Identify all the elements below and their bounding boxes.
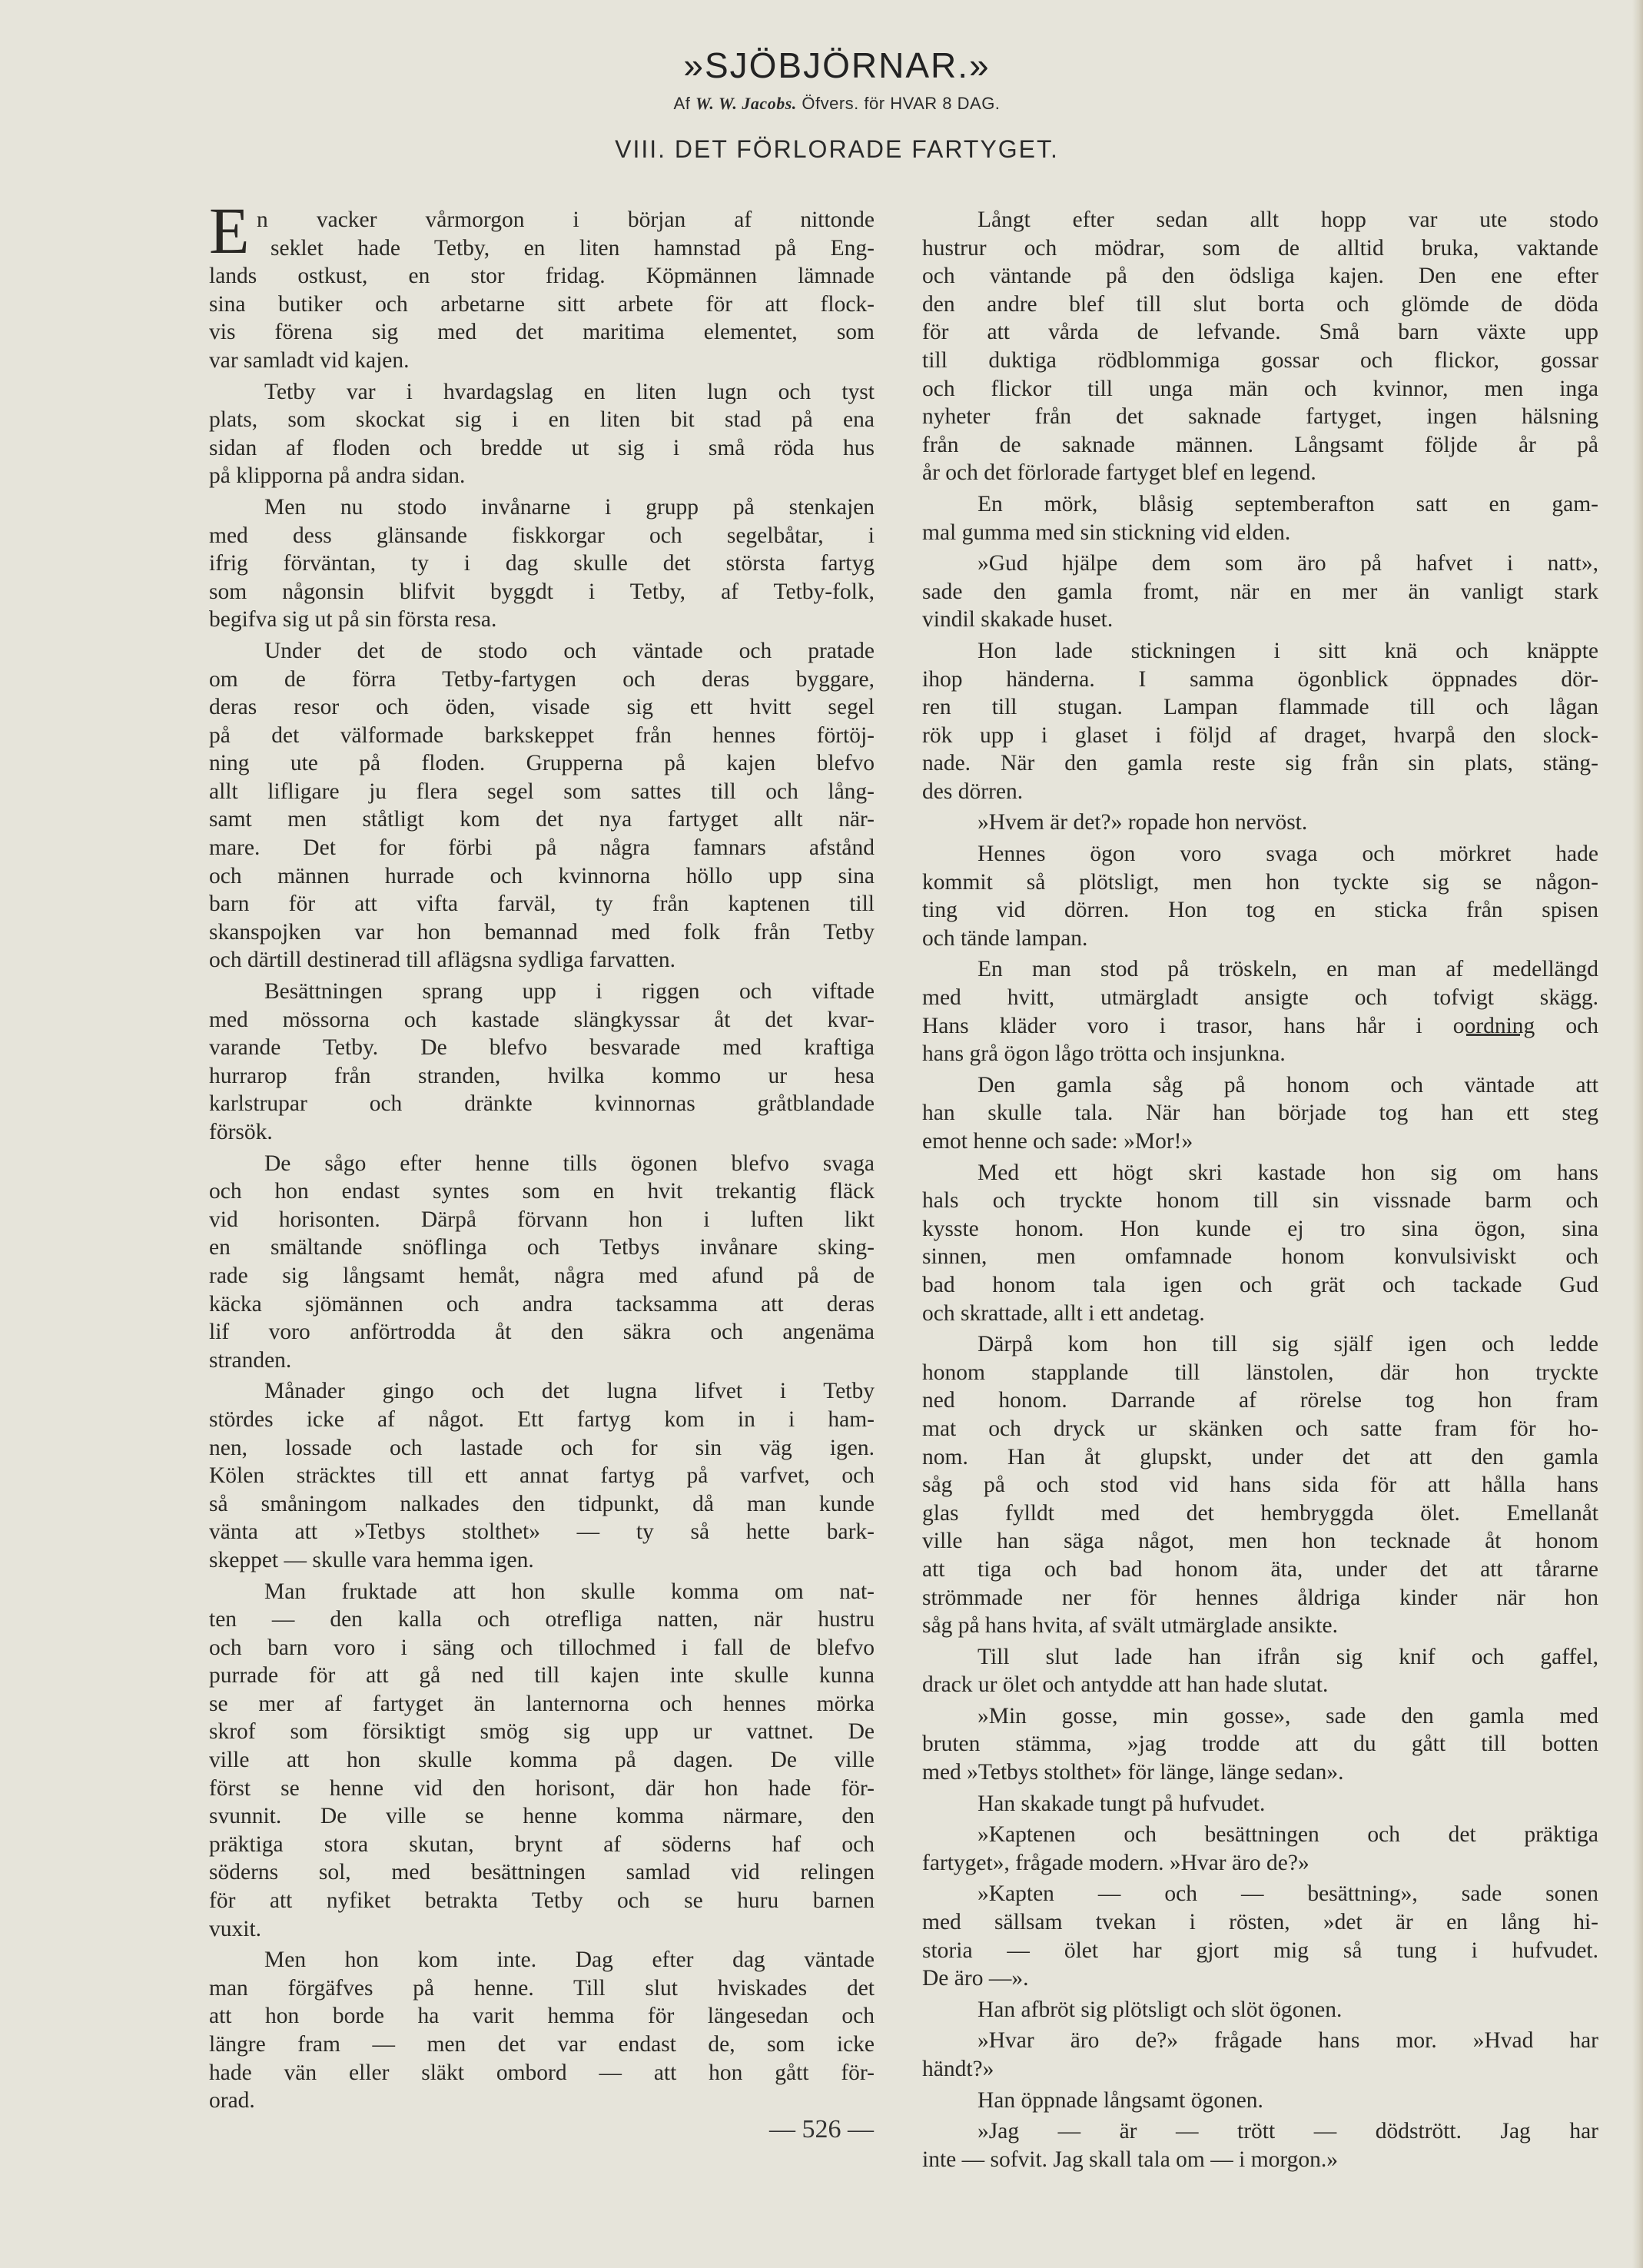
text-line: »Gud hjälpe dem som äro på hafvet i natt… — [922, 550, 1598, 578]
text-line: inte — sofvit. Jag skall tala om — i mor… — [922, 2146, 1598, 2174]
left-column: En vacker vårmorgon i början af nittonde… — [209, 206, 875, 2115]
text-line: glas fylldt med det hembryggda ölet. Eme… — [922, 1499, 1598, 1528]
text-line: »Hvar äro de?» frågade hans mor. »Hvad h… — [922, 2027, 1598, 2055]
text-line: först se henne vid den horisont, där hon… — [209, 1775, 875, 1803]
paragraph: Under det de stodo och väntade och prata… — [209, 637, 875, 975]
text-line: sina butiker och arbetarne sitt arbete f… — [209, 291, 875, 319]
byline: Af W. W. Jacobs. Öfvers. för HVAR 8 DAG. — [0, 94, 1643, 114]
text-line: med »Tetbys stolthet» för länge, länge s… — [922, 1758, 1598, 1787]
text-line: hurrarop från stranden, hvilka kommo ur … — [209, 1062, 875, 1091]
text-line: »Kaptenen och besättningen och det präkt… — [922, 1821, 1598, 1849]
text-line: mare. Det for förbi på några famnars afs… — [209, 834, 875, 862]
text-line: De sågo efter henne tills ögonen blefvo … — [209, 1150, 875, 1178]
text-line: längre fram — men det var endast de, som… — [209, 2031, 875, 2059]
text-line: ifrig förväntan, ty i dag skulle det stö… — [209, 550, 875, 578]
text-line: »Hvem är det?» ropade hon nervöst. — [922, 809, 1598, 837]
text-line: deras resor och öden, visade sig ett hvi… — [209, 693, 875, 722]
text-line: vis förena sig med det maritima elemente… — [209, 318, 875, 347]
text-line: på det välformade barkskeppet från henne… — [209, 722, 875, 750]
text-line: ning ute på floden. Grupperna på kajen b… — [209, 749, 875, 778]
text-line: han skulle tala. När han började tog han… — [922, 1099, 1598, 1127]
text-line: varande Tetby. De blefvo besvarade med k… — [209, 1034, 875, 1062]
paragraph: Den gamla såg på honom och väntade attha… — [922, 1071, 1598, 1156]
text-line: att hon borde ha varit hemma för längese… — [209, 2002, 875, 2031]
right-column: Långt efter sedan allt hopp var ute stod… — [922, 206, 1598, 2173]
text-line: begifva sig ut på sin första resa. — [209, 606, 875, 634]
text-line: om de förra Tetby-fartygen och deras byg… — [209, 666, 875, 694]
page-number: — 526 — — [0, 2115, 1643, 2144]
text-line: mat och dryck ur skänken och satte fram … — [922, 1415, 1598, 1443]
text-line: mal gumma med sin stickning vid elden. — [922, 519, 1598, 547]
text-line: och tände lampan. — [922, 925, 1598, 953]
text-line: för att vårda de lefvande. Små barn växt… — [922, 318, 1598, 347]
text-line: strömmade ner för hennes åldriga kinder … — [922, 1584, 1598, 1612]
paragraph: En mörk, blåsig septemberafton satt en g… — [922, 490, 1598, 546]
paragraph: Hon lade stickningen i sitt knä och knäp… — [922, 637, 1598, 806]
text-line: till duktiga rödblommiga gossar och flic… — [922, 347, 1598, 375]
paragraph: Han öppnade långsamt ögonen. — [922, 2087, 1598, 2115]
print-mark — [1466, 1034, 1520, 1036]
text-line: skanspojken var hon bemannad med folk fr… — [209, 918, 875, 947]
paragraph: De sågo efter henne tills ögonen blefvo … — [209, 1150, 875, 1375]
text-line: att tiga och bad honom äta, under det at… — [922, 1556, 1598, 1584]
text-line: käcka sjömännen och andra tacksamma att … — [209, 1290, 875, 1319]
paragraph: Långt efter sedan allt hopp var ute stod… — [922, 206, 1598, 487]
text-line: orad. — [209, 2087, 875, 2115]
text-line: skrof som försiktigt smög sig upp ur vat… — [209, 1718, 875, 1746]
text-line: rök upp i glaset i följd af draget, hvar… — [922, 722, 1598, 750]
text-line: med mössorna och kastade slängkyssar åt … — [209, 1006, 875, 1034]
text-line: skeppet — skulle vara hemma igen. — [209, 1546, 875, 1575]
text-line: bruten stämma, »jag trodde att du gått t… — [922, 1730, 1598, 1758]
text-line: kysste honom. Hon kunde ej tro sina ögon… — [922, 1215, 1598, 1244]
text-line: Hennes ögon voro svaga och mörkret hade — [922, 840, 1598, 868]
text-line: storia — ölet har gjort mig så tung i hu… — [922, 1937, 1598, 1965]
text-line: »Kapten — och — besättning», sade sonen — [922, 1880, 1598, 1908]
text-line: präktiga stora skutan, brynt af söderns … — [209, 1831, 875, 1859]
text-line: man förgäfves på henne. Till slut hviska… — [209, 1974, 875, 2003]
paragraph: »Kaptenen och besättningen och det präkt… — [922, 1821, 1598, 1877]
paragraph: Med ett högt skri kastade hon sig om han… — [922, 1159, 1598, 1328]
text-line: ten — den kalla och otrefliga natten, nä… — [209, 1606, 875, 1634]
text-line: lands ostkust, en stor fridag. Köpmännen… — [209, 262, 875, 291]
text-line: sinnen, men omfamnade honom konvulsivisk… — [922, 1243, 1598, 1271]
text-line: seklet hade Tetby, en liten hamnstad på … — [209, 234, 875, 263]
paragraph: Men nu stodo invånarne i grupp på stenka… — [209, 493, 875, 634]
text-line: vid horisonten. Därpå förvann hon i luft… — [209, 1206, 875, 1234]
byline-prefix: Af — [674, 94, 691, 113]
text-line: lif voro anförtrodda åt den säkra och an… — [209, 1318, 875, 1347]
text-line: en smältande snöflinga och Tetbys invåna… — [209, 1234, 875, 1262]
paragraph: »Kapten — och — besättning», sade sonenm… — [922, 1880, 1598, 1992]
text-line: som någonsin blifvit byggdt i Tetby, af … — [209, 578, 875, 606]
text-line: Han afbröt sig plötsligt och slöt ögonen… — [922, 1996, 1598, 2024]
text-line: En mörk, blåsig septemberafton satt en g… — [922, 490, 1598, 519]
text-line: och skrattade, allt i ett andetag. — [922, 1300, 1598, 1328]
text-line: från de saknade männen. Långsamt följde … — [922, 431, 1598, 460]
byline-suffix: Öfvers. för HVAR 8 DAG. — [802, 94, 1000, 113]
text-line: Kölen sträcktes till ett annat fartyg på… — [209, 1462, 875, 1490]
text-line: bad honom tala igen och grät och tackade… — [922, 1271, 1598, 1300]
text-line: Han skakade tungt på hufvudet. — [922, 1790, 1598, 1818]
text-line: rade sig långsamt hemåt, några med afund… — [209, 1262, 875, 1290]
text-line: ned honom. Darrande af rörelse tog hon f… — [922, 1386, 1598, 1415]
text-line: år och det förlorade fartyget blef en le… — [922, 459, 1598, 487]
text-line: såg på och stod vid hans sida för att hå… — [922, 1471, 1598, 1499]
paragraph: En vacker vårmorgon i början af nittonde… — [209, 206, 875, 375]
text-line: försök. — [209, 1118, 875, 1147]
text-line: ville att hon skulle komma på dagen. De … — [209, 1746, 875, 1775]
text-line: såg på hans hvita, af svält utmärglade a… — [922, 1612, 1598, 1640]
text-line: ihop händerna. I samma ögonblick öppnade… — [922, 666, 1598, 694]
text-line: Han öppnade långsamt ögonen. — [922, 2087, 1598, 2115]
byline-author: W. W. Jacobs. — [695, 94, 797, 113]
text-line: Man fruktade att hon skulle komma om nat… — [209, 1578, 875, 1606]
text-line: och väntande på den ödsliga kajen. Den e… — [922, 262, 1598, 291]
text-line: Till slut lade han ifrån sig knif och ga… — [922, 1643, 1598, 1672]
text-line: med hvitt, utmärgladt ansigte och tofvig… — [922, 984, 1598, 1012]
text-line: nen, lossade och lastade och for sin väg… — [209, 1434, 875, 1463]
text-line: vänta att »Tetbys stolthet» — ty så hett… — [209, 1518, 875, 1546]
text-line: Hon lade stickningen i sitt knä och knäp… — [922, 637, 1598, 666]
text-line: Månader gingo och det lugna lifvet i Tet… — [209, 1377, 875, 1406]
text-line: och flickor till unga män och kvinnor, m… — [922, 375, 1598, 403]
text-line: »Min gosse, min gosse», sade den gamla m… — [922, 1702, 1598, 1731]
text-line: vindil skakade huset. — [922, 606, 1598, 634]
text-line: stördes icke af något. Ett fartyg kom in… — [209, 1406, 875, 1434]
text-line: sidan af floden och bredde ut sig i små … — [209, 434, 875, 463]
paragraph: Därpå kom hon till sig själf igen och le… — [922, 1330, 1598, 1640]
text-line: honom stapplande till länstolen, där hon… — [922, 1359, 1598, 1387]
text-line: hans grå ögon lågo trötta och insjunkna. — [922, 1040, 1598, 1068]
text-line: svunnit. De ville se henne komma närmare… — [209, 1802, 875, 1831]
paragraph: »Gud hjälpe dem som äro på hafvet i natt… — [922, 550, 1598, 634]
text-line: Under det de stodo och väntade och prata… — [209, 637, 875, 666]
text-line: och barn voro i säng och tillochmed i fa… — [209, 1634, 875, 1662]
text-line: drack ur ölet och antydde att han hade s… — [922, 1671, 1598, 1699]
text-line: söderns sol, med besättningen samlad vid… — [209, 1858, 875, 1887]
page-edge — [1632, 0, 1643, 2268]
paragraph: »Min gosse, min gosse», sade den gamla m… — [922, 1702, 1598, 1787]
page-title: »SJÖBJÖRNAR.» — [0, 45, 1643, 86]
text-line: barn för att vifta farväl, ty från kapte… — [209, 890, 875, 918]
text-line: händt?» — [922, 2055, 1598, 2084]
text-line: n vacker vårmorgon i början af nittonde — [209, 206, 875, 234]
text-line: kommit så plötsligt, men hon tyckte sig … — [922, 868, 1598, 897]
text-line: med dess glänsande fiskkorgar och segelb… — [209, 522, 875, 550]
paragraph: En man stod på tröskeln, en man af medel… — [922, 955, 1598, 1068]
paragraph: Men hon kom inte. Dag efter dag väntadem… — [209, 1946, 875, 2115]
text-line: Den gamla såg på honom och väntade att — [922, 1071, 1598, 1100]
text-line: fartyget», frågade modern. »Hvar äro de?… — [922, 1849, 1598, 1878]
text-line: och männen hurrade och kvinnorna höllo u… — [209, 862, 875, 891]
paragraph: Hennes ögon voro svaga och mörkret hadek… — [922, 840, 1598, 952]
text-line: En man stod på tröskeln, en man af medel… — [922, 955, 1598, 984]
text-line: hade vän eller släkt ombord — att hon gå… — [209, 2059, 875, 2087]
text-line: för att nyfiket betrakta Tetby och se hu… — [209, 1887, 875, 1915]
text-line: Därpå kom hon till sig själf igen och le… — [922, 1330, 1598, 1359]
text-line: sade den gamla fromt, när en mer än vanl… — [922, 578, 1598, 606]
text-line: Med ett högt skri kastade hon sig om han… — [922, 1159, 1598, 1187]
text-line: Men nu stodo invånarne i grupp på stenka… — [209, 493, 875, 522]
text-line: den andre blef till slut borta och glömd… — [922, 291, 1598, 319]
chapter-heading: VIII. DET FÖRLORADE FARTYGET. — [0, 135, 1643, 164]
text-line: samt men ståtligt kom det nya fartyget a… — [209, 805, 875, 834]
text-line: var samladt vid kajen. — [209, 347, 875, 375]
text-line: och därtill destinerad till aflägsna syd… — [209, 946, 875, 975]
text-line: karlstrupar och dränkte kvinnornas gråtb… — [209, 1090, 875, 1118]
text-line: så småningom nalkades den tidpunkt, då m… — [209, 1490, 875, 1519]
text-line: nyheter från det saknade fartyget, ingen… — [922, 403, 1598, 431]
text-line: ville han säga något, men hon tecknade å… — [922, 1527, 1598, 1556]
text-line: emot henne och sade: »Mor!» — [922, 1127, 1598, 1156]
text-line: plats, som skockat sig i en liten bit st… — [209, 406, 875, 434]
text-line: Långt efter sedan allt hopp var ute stod… — [922, 206, 1598, 234]
text-line: nade. När den gamla reste sig från sin p… — [922, 749, 1598, 778]
paragraph: »Hvem är det?» ropade hon nervöst. — [922, 809, 1598, 837]
text-line: des dörren. — [922, 778, 1598, 806]
paragraph: Han afbröt sig plötsligt och slöt ögonen… — [922, 1996, 1598, 2024]
text-line: och hon endast syntes som en hvit trekan… — [209, 1177, 875, 1206]
paragraph: Han skakade tungt på hufvudet. — [922, 1790, 1598, 1818]
paragraph: Till slut lade han ifrån sig knif och ga… — [922, 1643, 1598, 1699]
text-line: purrade för att gå ned till kajen inte s… — [209, 1662, 875, 1690]
text-line: ting vid dörren. Hon tog en sticka från … — [922, 896, 1598, 925]
text-line: stranden. — [209, 1347, 875, 1375]
text-line: Besättningen sprang upp i riggen och vif… — [209, 978, 875, 1006]
text-line: allt lifligare ju flera segel som sattes… — [209, 778, 875, 806]
text-line: med sällsam tvekan i rösten, »det är en … — [922, 1908, 1598, 1937]
text-line: Tetby var i hvardagslag en liten lugn oc… — [209, 378, 875, 407]
text-line: vuxit. — [209, 1915, 875, 1944]
drop-cap: E — [209, 203, 250, 258]
text-line: Men hon kom inte. Dag efter dag väntade — [209, 1946, 875, 1974]
text-line: ren till stugan. Lampan flammade till oc… — [922, 693, 1598, 722]
paragraph: »Hvar äro de?» frågade hans mor. »Hvad h… — [922, 2027, 1598, 2083]
text-line: De äro —». — [922, 1964, 1598, 1993]
paragraph: Tetby var i hvardagslag en liten lugn oc… — [209, 378, 875, 490]
paragraph: Månader gingo och det lugna lifvet i Tet… — [209, 1377, 875, 1574]
text-line: hustrur och mödrar, som de alltid bruka,… — [922, 234, 1598, 263]
paragraph: Besättningen sprang upp i riggen och vif… — [209, 978, 875, 1147]
text-line: nom. Han åt glupskt, under det att den g… — [922, 1443, 1598, 1472]
text-line: hals och tryckte honom till sin vissnade… — [922, 1187, 1598, 1215]
text-line: se mer af fartyget än lanternorna och he… — [209, 1690, 875, 1718]
text-line: på klipporna på andra sidan. — [209, 462, 875, 490]
paragraph: Man fruktade att hon skulle komma om nat… — [209, 1578, 875, 1944]
